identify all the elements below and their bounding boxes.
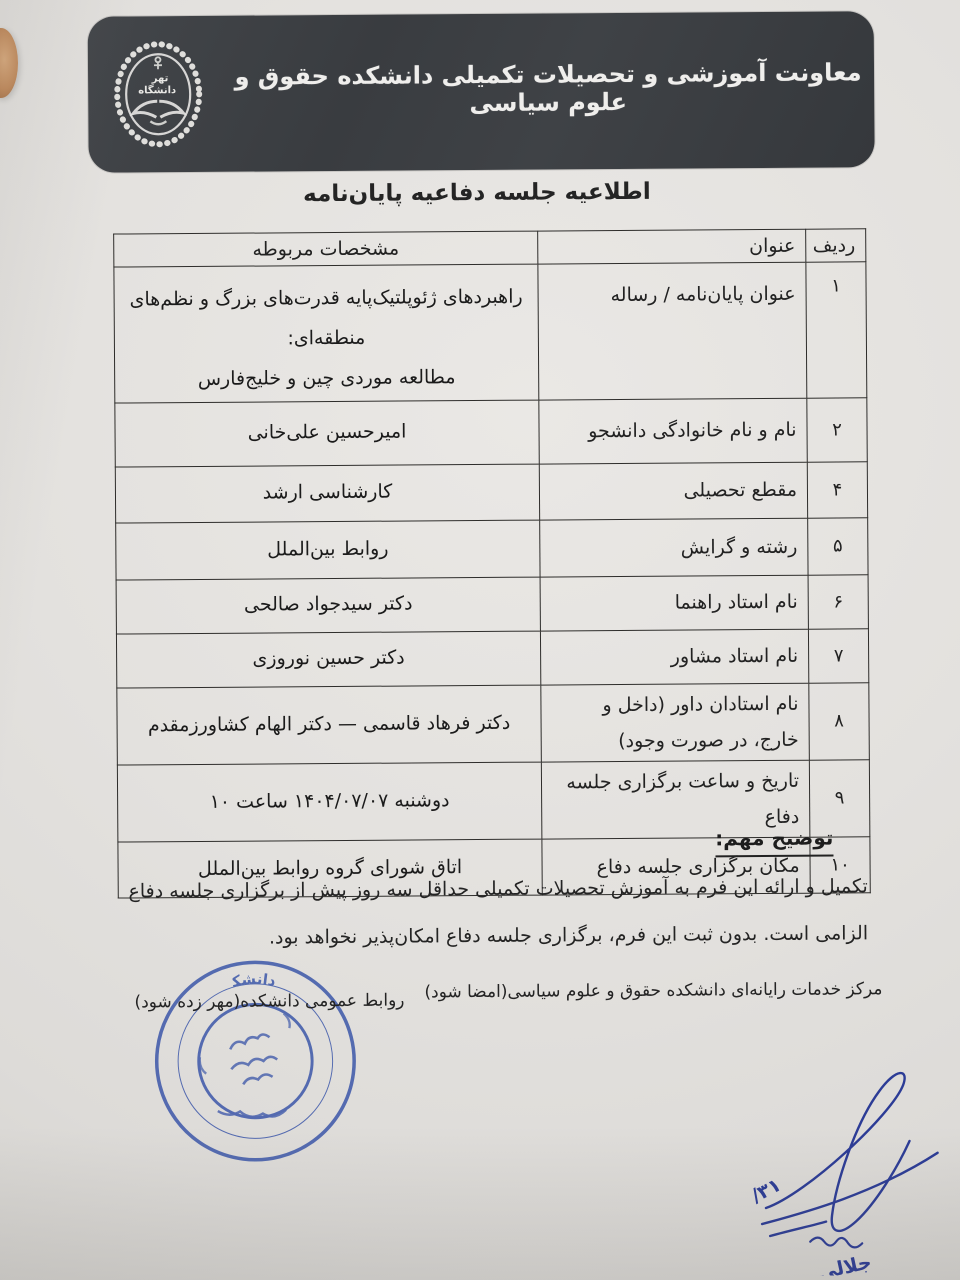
official-stamp: دانشکده حقوق و علوم سیاسی — روابط عمومی bbox=[147, 953, 364, 1173]
signature-scribble: ۱۴۰۴/۶/۳۱ جلالی bbox=[751, 1045, 958, 1280]
university-seal-icon: تهر دانشگاه bbox=[110, 35, 207, 154]
row-value: روابط بین‌الملل bbox=[116, 520, 540, 580]
row-number: ۲ bbox=[807, 397, 867, 461]
table-row: ۵ رشته و گرایش روابط بین‌الملل bbox=[116, 517, 868, 579]
row-number: ۷ bbox=[808, 628, 868, 682]
col-header-title: عنوان bbox=[538, 229, 806, 264]
paper-sheet: معاونت آموزشی و تحصیلات تکمیلی دانشکده ح… bbox=[0, 0, 960, 1280]
row-label: مقطع تحصیلی bbox=[539, 462, 807, 520]
table-row: ۸ نام استادان داور (داخل و خارج، در صورت… bbox=[117, 682, 870, 764]
handwritten-date: ۱۴۰۴/۶/۳۱ bbox=[751, 1174, 785, 1237]
thesis-title-line2: مطالعه موردی چین و خلیج‌فارس bbox=[125, 357, 528, 400]
document-photo: معاونت آموزشی و تحصیلات تکمیلی دانشکده ح… bbox=[0, 0, 960, 1280]
col-header-row-number: ردیف bbox=[806, 229, 866, 262]
row-value: کارشناسی ارشد bbox=[115, 464, 539, 523]
row-value: دکتر حسین نوروزی bbox=[116, 631, 540, 688]
handwritten-name: جلالی bbox=[816, 1251, 874, 1276]
note-body: تکمیل و ارائه این فرم به آموزش تحصیلات ت… bbox=[96, 863, 869, 961]
row-value: راهبردهای ژئوپلتیک‌پایه قدرت‌های بزرگ و … bbox=[114, 264, 539, 403]
row-label: نام و نام خانوادگی دانشجو bbox=[539, 398, 807, 464]
row-label: رشته و گرایش bbox=[540, 518, 808, 577]
svg-text:تهر: تهر bbox=[151, 73, 169, 84]
table-row: ۷ نام استاد مشاور دکتر حسین نوروزی bbox=[116, 628, 868, 687]
row-label: نام استاد مشاور bbox=[540, 629, 808, 685]
faculty-title: معاونت آموزشی و تحصیلات تکمیلی دانشکده ح… bbox=[206, 58, 874, 125]
row-label: نام استادان داور (داخل و خارج، در صورت و… bbox=[541, 683, 810, 762]
table-row: ۱ عنوان پایان‌نامه / رساله راهبردهای ژئو… bbox=[114, 262, 867, 403]
row-value: دکتر سیدجواد صالحی bbox=[116, 577, 540, 634]
row-number: ۱ bbox=[806, 262, 867, 398]
table-header-row: ردیف عنوان مشخصات مربوطه bbox=[114, 229, 866, 267]
signature-label-computer-center: مرکز خدمات رایانه‌ای دانشکده حقوق و علوم… bbox=[424, 979, 882, 1002]
row-label: عنوان پایان‌نامه / رساله bbox=[538, 262, 807, 400]
signature-label-public-relations: روابط عمومی دانشکده(مهر زده شود) bbox=[134, 991, 404, 1013]
page-title: اطلاعیه جلسه دفاعیه پایان‌نامه bbox=[0, 177, 957, 210]
row-value: امیرحسین علی‌خانی bbox=[115, 400, 539, 467]
note-heading: توضیح مهم: bbox=[715, 826, 833, 858]
row-number: ۸ bbox=[809, 682, 870, 760]
svg-text:دانشگاه: دانشگاه bbox=[138, 83, 176, 96]
table-row: ۲ نام و نام خانوادگی دانشجو امیرحسین علی… bbox=[115, 397, 867, 466]
thesis-title-line1: راهبردهای ژئوپلتیک‌پایه قدرت‌های بزرگ و … bbox=[124, 278, 528, 361]
row-value: دوشنبه ۱۴۰۴/۰۷/۰۷ ساعت ۱۰ bbox=[117, 762, 542, 842]
col-header-details: مشخصات مربوطه bbox=[114, 231, 538, 267]
row-number: ۴ bbox=[807, 461, 867, 517]
row-number: ۵ bbox=[808, 517, 868, 574]
row-value: دکتر فرهاد قاسمی — دکتر الهام کشاورزمقدم bbox=[117, 685, 542, 765]
defense-form-table: ردیف عنوان مشخصات مربوطه ۱ عنوان پایان‌ن… bbox=[113, 228, 871, 898]
table-row: ۶ نام استاد راهنما دکتر سیدجواد صالحی bbox=[116, 574, 868, 633]
table-row: ۴ مقطع تحصیلی کارشناسی ارشد bbox=[115, 461, 867, 522]
row-label: نام استاد راهنما bbox=[540, 575, 808, 631]
row-number: ۶ bbox=[808, 574, 868, 628]
header-banner: معاونت آموزشی و تحصیلات تکمیلی دانشکده ح… bbox=[88, 11, 875, 172]
